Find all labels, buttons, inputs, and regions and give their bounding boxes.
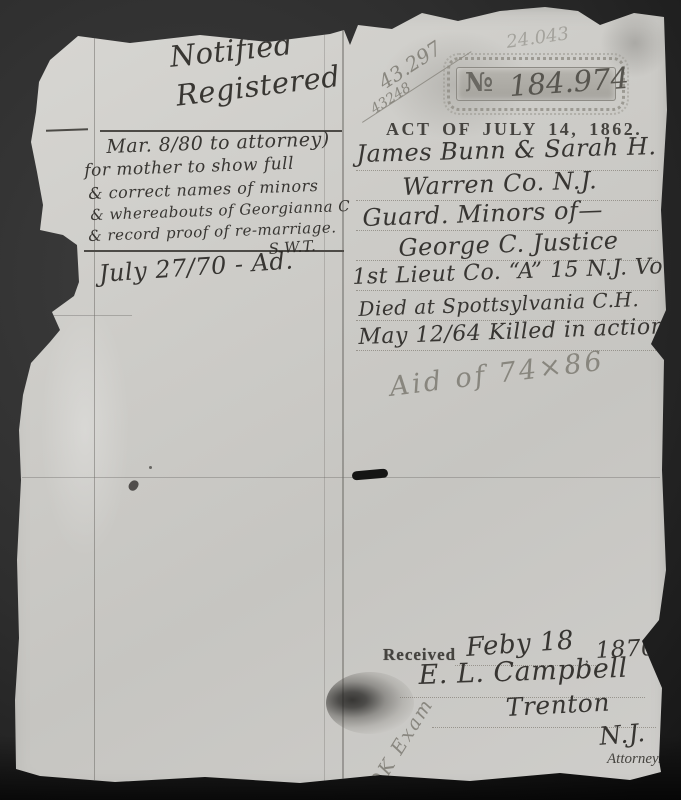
ink-speck: [149, 466, 152, 469]
stamp-no-label: №: [465, 68, 493, 98]
horizontal-crease: [22, 477, 660, 478]
attorney-place: Trenton: [505, 688, 611, 722]
case-number-stamp: № 184.974: [447, 57, 625, 111]
attorney-state: N.J.: [598, 718, 647, 751]
center-fold-line: [342, 30, 344, 782]
document-paper: Notified Registered Mar. 8/80 to attorne…: [0, 0, 681, 800]
attorney-label: Attorney.: [607, 751, 662, 768]
ink-blot: [326, 672, 414, 734]
paper-highlight: [40, 300, 130, 560]
dotted-rule: [356, 350, 658, 351]
left-fold-line: [94, 38, 95, 780]
